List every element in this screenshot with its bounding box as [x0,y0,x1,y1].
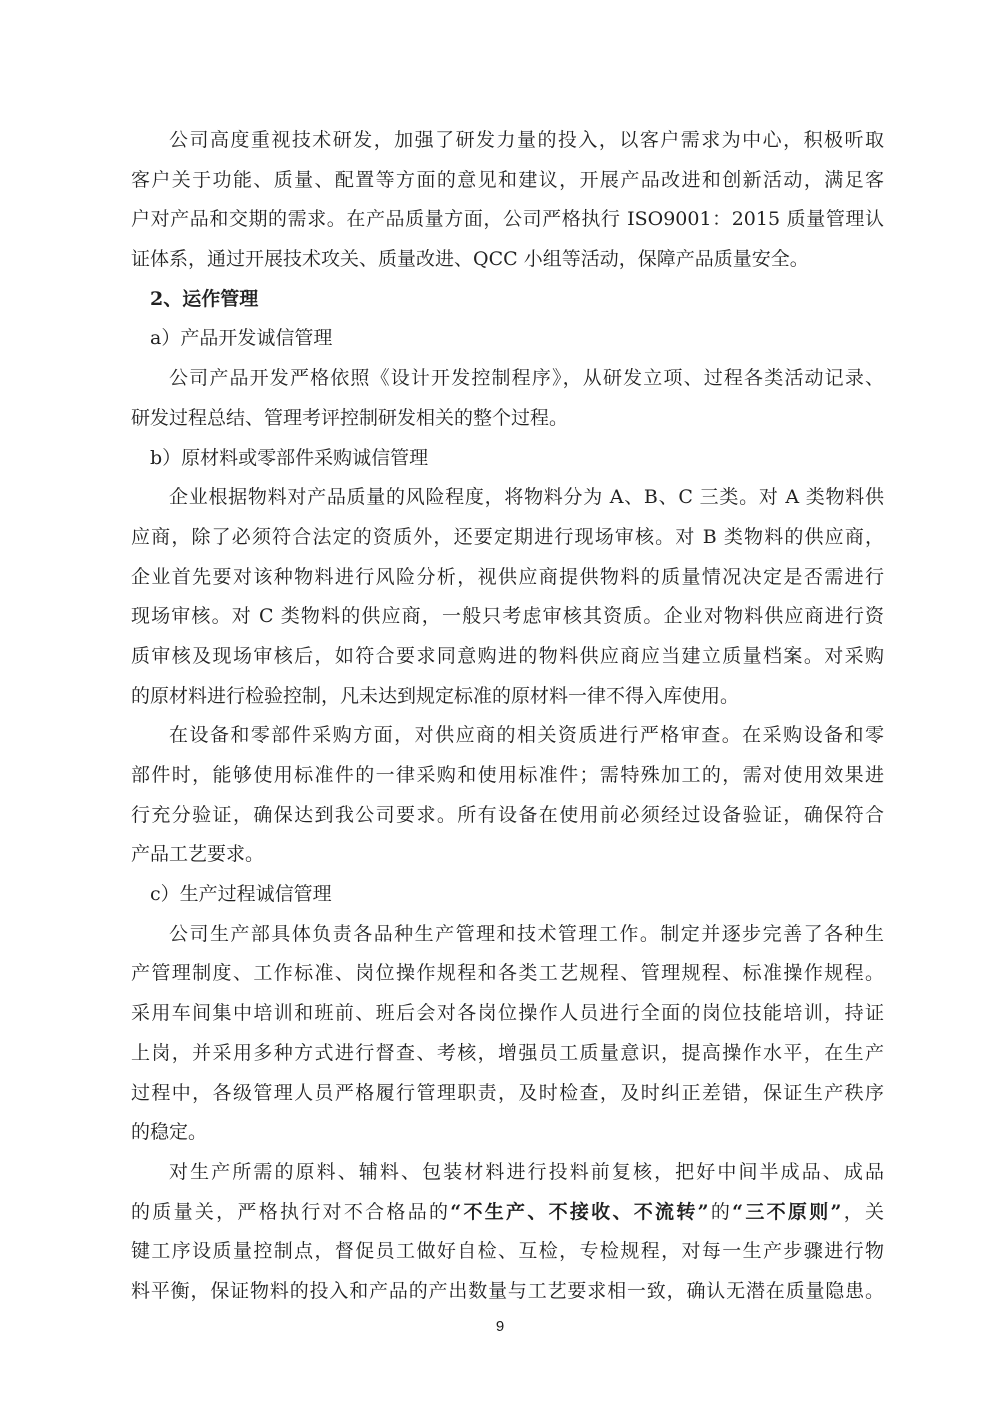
text-line: 在设备和零部件采购方面，对供应商的相关资质进行严格审查。在采购设备和零 [131,716,884,756]
text-line: 的原材料进行检验控制，凡未达到规定标准的原材料一律不得入库使用。 [131,677,884,717]
page-number: 9 [0,1315,1000,1339]
text-line: 的稳定。 [131,1113,884,1153]
text-line: 的质量关，严格执行对不合格品的“不生产、不接收、不流转”的“三不原则”，关 [131,1193,884,1233]
text-line: 料平衡，保证物料的投入和产品的产出数量与工艺要求相一致，确认无潜在质量隐患。 [131,1272,884,1312]
text-line: 产管理制度、工作标准、岗位操作规程和各类工艺规程、管理规程、标准操作规程。 [131,954,884,994]
text-line: a）产品开发诚信管理 [131,319,884,359]
text-line: 上岗，并采用多种方式进行督查、考核，增强员工质量意识，提高操作水平，在生产 [131,1034,884,1074]
text-line: 企业首先要对该种物料进行风险分析，视供应商提供物料的质量情况决定是否需进行 [131,558,884,598]
text-run: 的质量关，严格执行对不合格品的 [131,1201,450,1223]
text-line: 公司产品开发严格依照《设计开发控制程序》，从研发立项、过程各类活动记录、 [131,359,884,399]
text-line: 应商，除了必须符合法定的资质外，还要定期进行现场审核。对 B 类物料的供应商， [131,518,884,558]
text-line: 采用车间集中培训和班前、班后会对各岗位操作人员进行全面的岗位技能培训，持证 [131,994,884,1034]
text-line: 现场审核。对 C 类物料的供应商，一般只考虑审核其资质。企业对物料供应商进行资 [131,597,884,637]
text-line: 户对产品和交期的需求。在产品质量方面，公司严格执行 ISO9001：2015 质… [131,200,884,240]
text-line: 研发过程总结、管理考评控制研发相关的整个过程。 [131,399,884,439]
document-body: 公司高度重视技术研发，加强了研发力量的投入，以客户需求为中心，积极听取客户关于功… [131,121,884,1312]
text-line: 证体系，通过开展技术攻关、质量改进、QCC 小组等活动，保障产品质量安全。 [131,240,884,280]
text-line: 客户关于功能、质量、配置等方面的意见和建议，开展产品改进和创新活动，满足客 [131,161,884,201]
text-line: 公司生产部具体负责各品种生产管理和技术管理工作。制定并逐步完善了各种生 [131,915,884,955]
text-line: b）原材料或零部件采购诚信管理 [131,439,884,479]
text-line: 2、运作管理 [131,280,884,320]
text-line: 公司高度重视技术研发，加强了研发力量的投入，以客户需求为中心，积极听取 [131,121,884,161]
document-page: 公司高度重视技术研发，加强了研发力量的投入，以客户需求为中心，积极听取客户关于功… [0,0,1000,1414]
text-run: ，关 [841,1201,884,1223]
text-line: 企业根据物料对产品质量的风险程度，将物料分为 A、B、C 三类。对 A 类物料供 [131,478,884,518]
text-line: 键工序设质量控制点，督促员工做好自检、互检，专检规程，对每一生产步骤进行物 [131,1232,884,1272]
bold-text-run: “三不原则” [732,1201,841,1223]
text-line: 部件时，能够使用标准件的一律采购和使用标准件；需特殊加工的，需对使用效果进 [131,756,884,796]
bold-text-run: “不生产、不接收、不流转” [450,1201,708,1223]
text-line: c）生产过程诚信管理 [131,875,884,915]
text-run: 的 [709,1201,733,1223]
text-line: 过程中，各级管理人员严格履行管理职责，及时检查，及时纠正差错，保证生产秩序 [131,1074,884,1114]
text-line: 质审核及现场审核后，如符合要求同意购进的物料供应商应当建立质量档案。对采购 [131,637,884,677]
text-line: 产品工艺要求。 [131,835,884,875]
text-line: 对生产所需的原料、辅料、包装材料进行投料前复核，把好中间半成品、成品 [131,1153,884,1193]
text-line: 行充分验证，确保达到我公司要求。所有设备在使用前必须经过设备验证，确保符合 [131,796,884,836]
